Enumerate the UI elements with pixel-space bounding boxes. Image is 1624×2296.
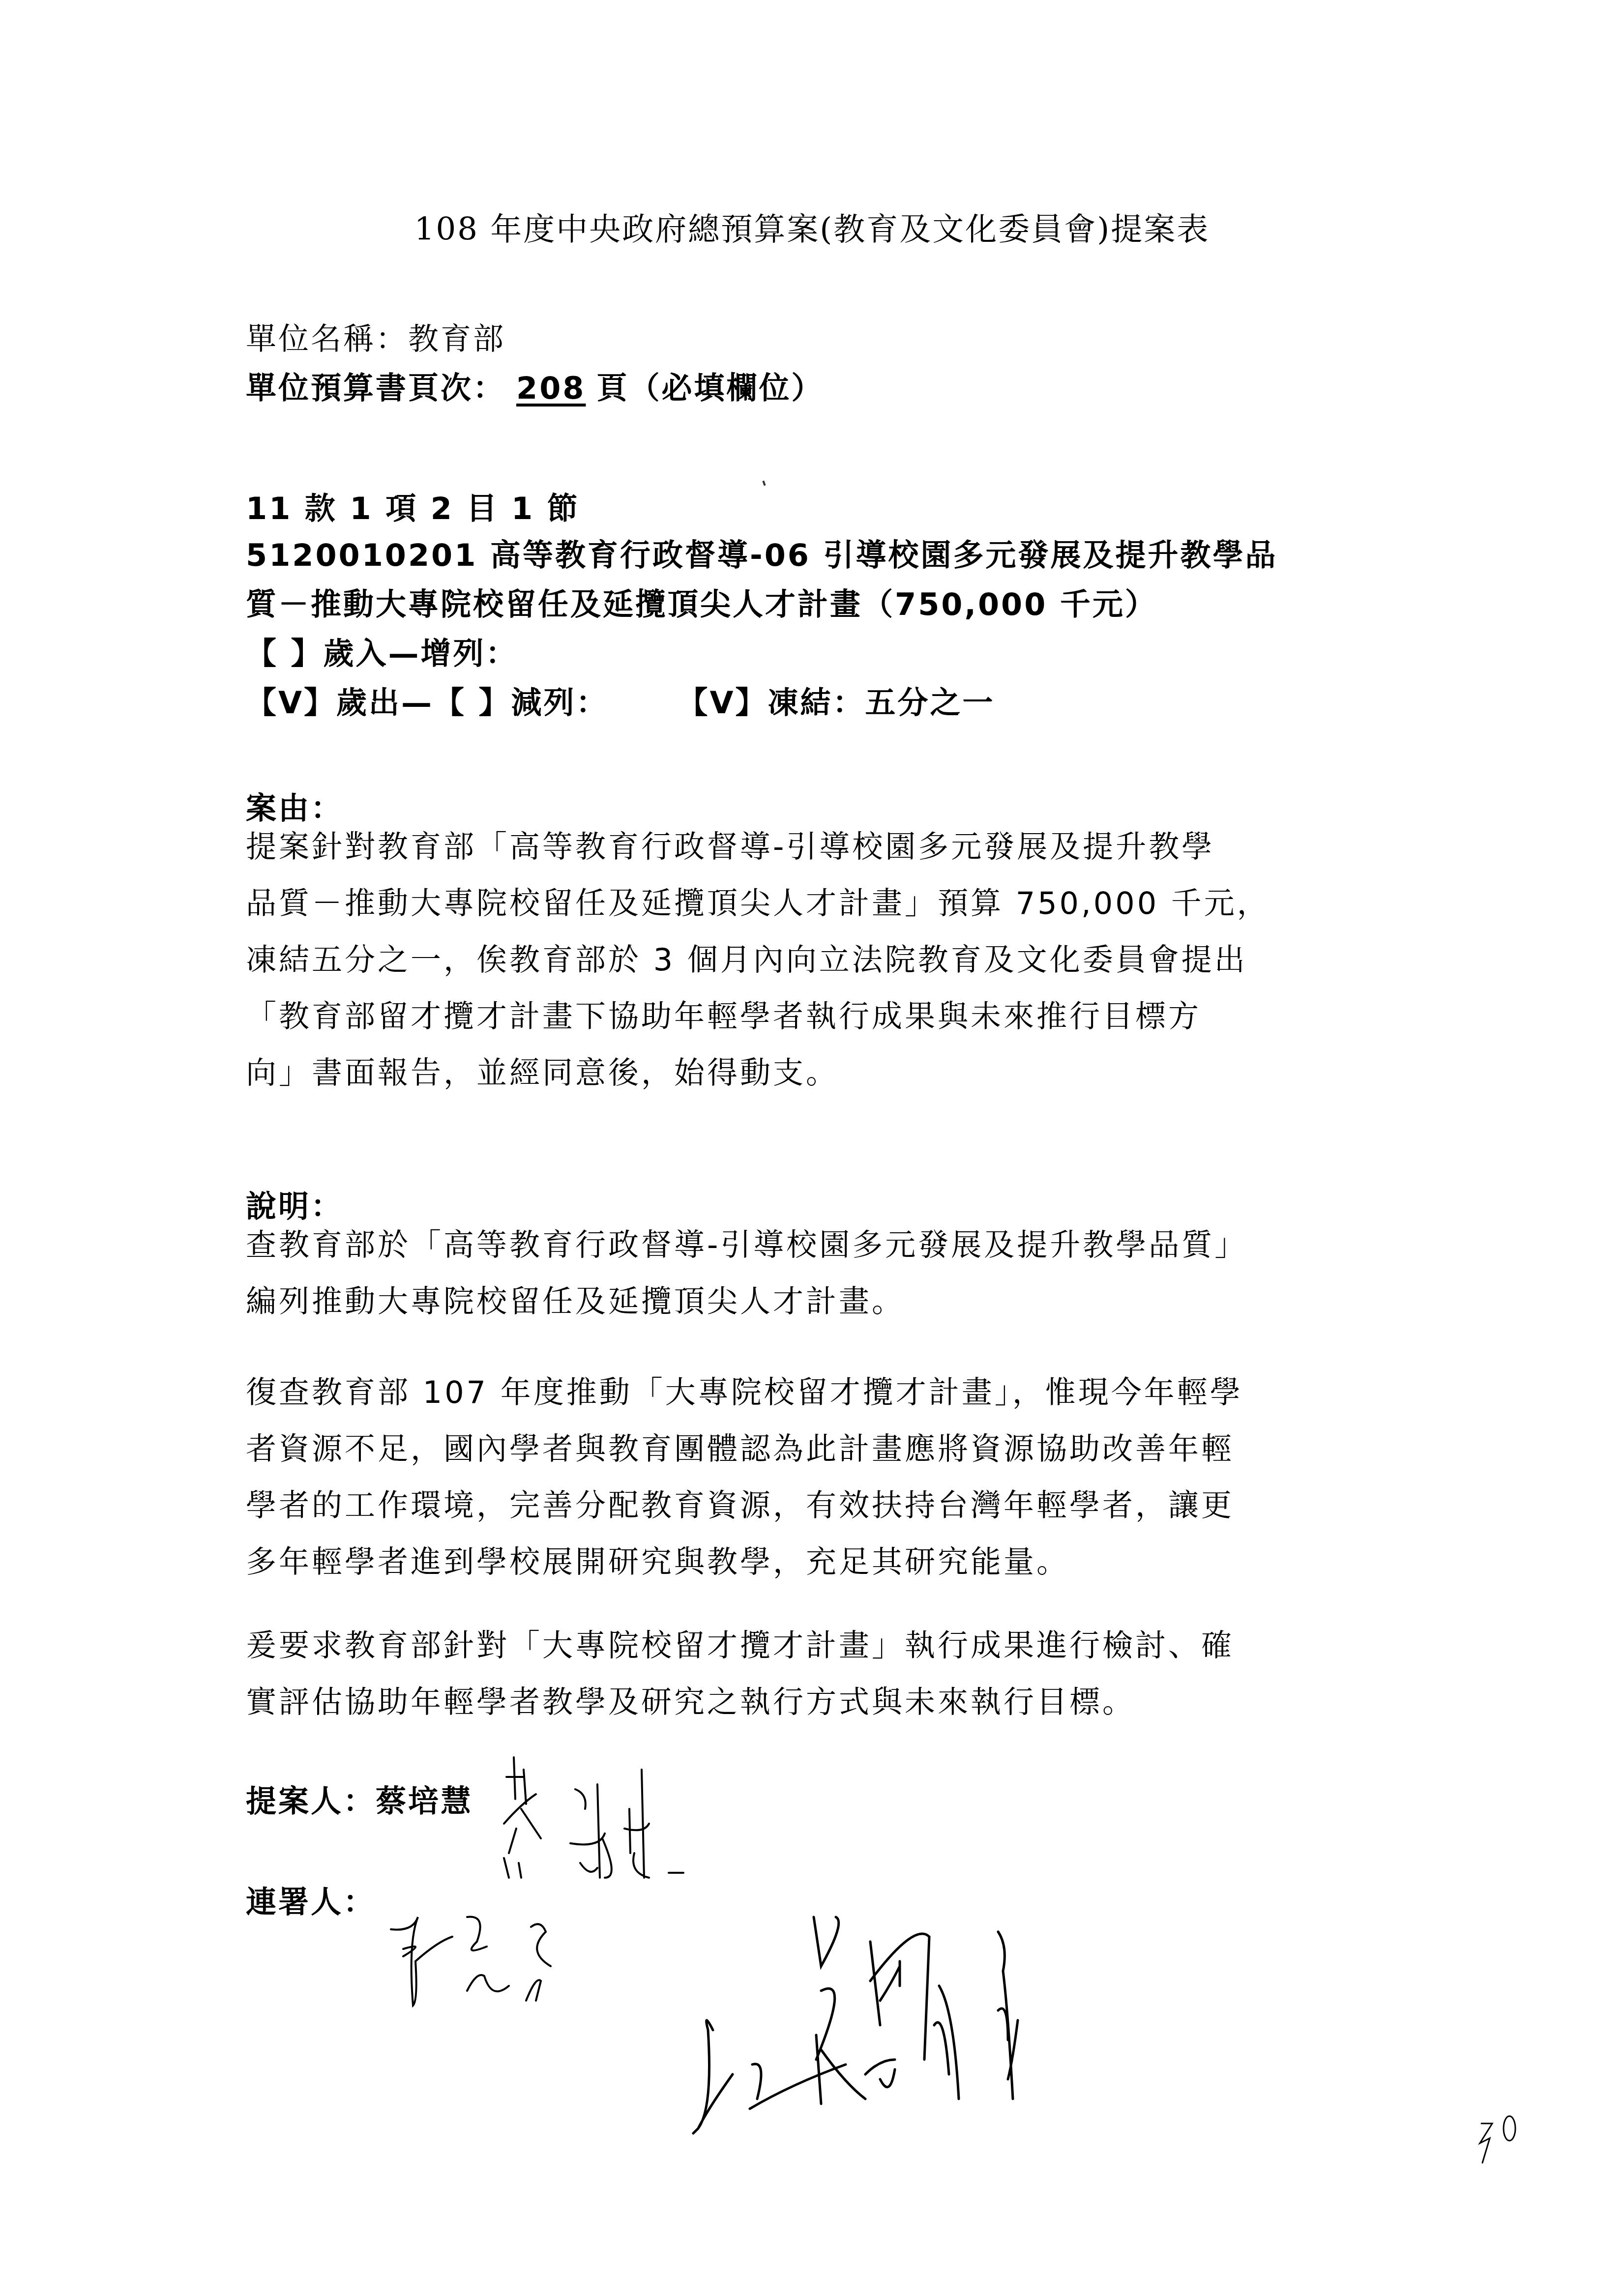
unit-name-value: 教育部 <box>408 321 505 357</box>
freeze-label: 凍結：五分之一 <box>768 685 995 721</box>
section-reference: 11 款 1 項 2 目 1 節 <box>246 484 580 528</box>
revenue-label: 歲入—增列： <box>324 636 518 671</box>
reason-line: 提案針對教育部「高等教育行政督導-引導校園多元發展及提升教學 <box>246 818 1377 875</box>
budget-page-row: 單位預算書頁次：208頁（必填欄位） <box>246 364 824 407</box>
proposer-name: 蔡培慧 <box>376 1783 473 1819</box>
reason-line: 「教育部留才攬才計畫下協助年輕學者執行成果與未來推行目標方 <box>246 988 1377 1045</box>
explanation-line: 爰要求教育部針對「大專院校留才攬才計畫」執行成果進行檢討、確 <box>246 1617 1377 1674</box>
unit-name-row: 單位名稱：教育部 <box>246 315 505 358</box>
reduce-label: 減列： <box>511 685 609 721</box>
cosigner-label: 連署人： <box>246 1878 376 1921</box>
explanation-line: 編列推動大專院校留任及延攬頂尖人才計畫。 <box>246 1273 1377 1330</box>
explanation-line: 查教育部於「高等教育行政督導-引導校園多元發展及提升教學品質」 <box>246 1217 1377 1273</box>
scan-speck <box>762 481 766 486</box>
budget-page-value: 208 <box>505 370 596 406</box>
explanation-paragraph-1: 查教育部於「高等教育行政督導-引導校園多元發展及提升教學品質」 編列推動大專院校… <box>246 1217 1377 1330</box>
unit-name-label: 單位名稱： <box>246 321 408 357</box>
explanation-line: 學者的工作環境，完善分配教育資源，有效扶持台灣年輕學者，讓更 <box>246 1477 1377 1534</box>
budget-page-label: 單位預算書頁次： <box>246 370 505 406</box>
reason-line: 品質－推動大專院校留任及延攬頂尖人才計畫」預算 750,000 千元， <box>246 875 1377 931</box>
freeze-checkbox: 【V】 <box>678 685 768 721</box>
proposal-form-page: 108 年度中央政府總預算案(教育及文化委員會)提案表 單位名稱：教育部 單位預… <box>0 0 1624 2296</box>
revenue-row: 【 】歲入—增列： <box>246 629 518 673</box>
explanation-line: 者資源不足，國內學者與教育團體認為此計畫應將資源協助改善年輕 <box>246 1421 1377 1477</box>
document-title: 108 年度中央政府總預算案(教育及文化委員會)提案表 <box>0 204 1624 249</box>
proposer-row: 提案人：蔡培慧 <box>246 1777 473 1821</box>
explanation-line: 多年輕學者進到學校展開研究與教學，充足其研究能量。 <box>246 1534 1377 1590</box>
cosigner-signature-2 <box>693 1912 1244 2140</box>
proposer-signature <box>502 1755 738 1885</box>
expense-row: 【V】歲出—【 】減列：【V】凍結：五分之一 <box>246 678 995 722</box>
explanation-paragraph-2: 復查教育部 107 年度推動「大專院校留才攬才計畫」，惟現今年輕學 者資源不足，… <box>246 1364 1377 1590</box>
reason-line: 凍結五分之一，俟教育部於 3 個月內向立法院教育及文化委員會提出 <box>246 931 1377 988</box>
handwritten-page-number: 30 <box>1477 2114 1522 2170</box>
proposer-label: 提案人： <box>246 1783 376 1819</box>
reason-line: 向」書面報告，並經同意後，始得動支。 <box>246 1045 1377 1101</box>
cosigner-signature-1 <box>388 1912 610 2012</box>
explanation-line: 實評估協助年輕學者教學及研究之執行方式與未來執行目標。 <box>246 1674 1377 1730</box>
expense-label: 歲出— <box>336 685 434 721</box>
explanation-paragraph-3: 爰要求教育部針對「大專院校留才攬才計畫」執行成果進行檢討、確 實評估協助年輕學者… <box>246 1617 1377 1730</box>
budget-item-line-2: 質－推動大專院校留任及延攬頂尖人才計畫（750,000 千元） <box>246 580 1157 624</box>
reason-body: 提案針對教育部「高等教育行政督導-引導校園多元發展及提升教學 品質－推動大專院校… <box>246 818 1377 1101</box>
revenue-checkbox: 【 】 <box>246 636 324 671</box>
budget-item-line-1: 5120010201 高等教育行政督導-06 引導校園多元發展及提升教學品 <box>246 531 1278 575</box>
budget-page-suffix: 頁（必填欄位） <box>596 370 824 406</box>
expense-checkbox: 【V】 <box>246 685 336 721</box>
reduce-checkbox: 【 】 <box>434 685 511 721</box>
explanation-line: 復查教育部 107 年度推動「大專院校留才攬才計畫」，惟現今年輕學 <box>246 1364 1377 1421</box>
